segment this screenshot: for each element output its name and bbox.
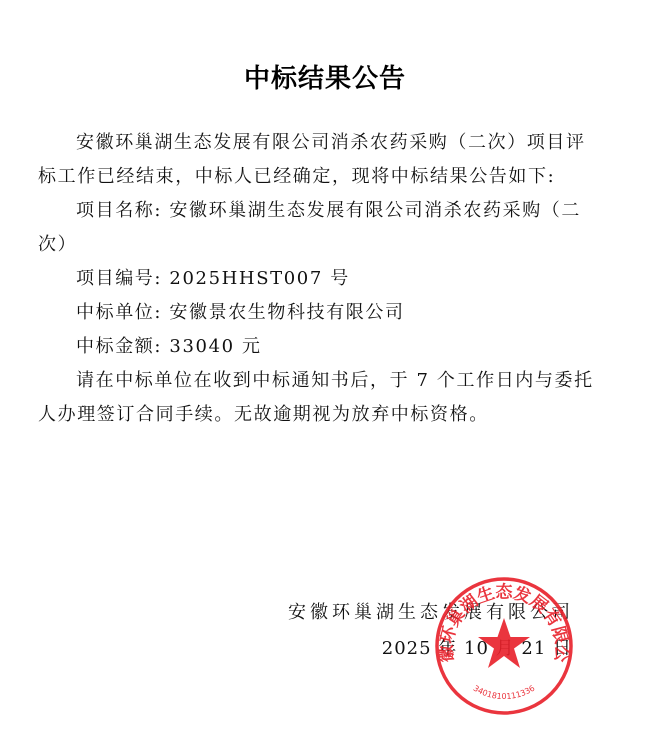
signature-date: 2025 年 10 月 21 日 <box>382 634 572 660</box>
project-number-label: 项目编号: <box>76 268 162 289</box>
seal-code: 3401810111336 <box>472 684 537 702</box>
page-title: 中标结果公告 <box>0 58 650 95</box>
svg-text:3401810111336: 3401810111336 <box>472 684 537 702</box>
notice-paragraph: 请在中标单位在收到中标通知书后，于 7 个工作日内与委托人办理签订合同手续。无故… <box>38 364 598 432</box>
intro-paragraph: 安徽环巢湖生态发展有限公司消杀农药采购（二次）项目评标工作已经结束，中标人已经确… <box>38 126 598 194</box>
winning-amount-label: 中标金额: <box>76 336 162 357</box>
winning-unit-row: 中标单位: 安徽景农生物科技有限公司 <box>76 296 405 330</box>
winning-unit-value: 安徽景农生物科技有限公司 <box>169 302 404 323</box>
winning-amount-row: 中标金额: 33040 元 <box>76 330 262 364</box>
winning-unit-label: 中标单位: <box>76 302 162 323</box>
project-name-row: 项目名称: 安徽环巢湖生态发展有限公司消杀农药采购（二次） <box>38 194 598 262</box>
project-number-row: 项目编号: 2025HHST007 号 <box>76 262 350 296</box>
signature-company: 安徽环巢湖生态发展有限公司 <box>288 598 574 624</box>
project-name-label: 项目名称: <box>76 200 162 221</box>
winning-amount-value: 33040 元 <box>169 336 261 357</box>
project-number-value: 2025HHST007 号 <box>169 268 349 289</box>
